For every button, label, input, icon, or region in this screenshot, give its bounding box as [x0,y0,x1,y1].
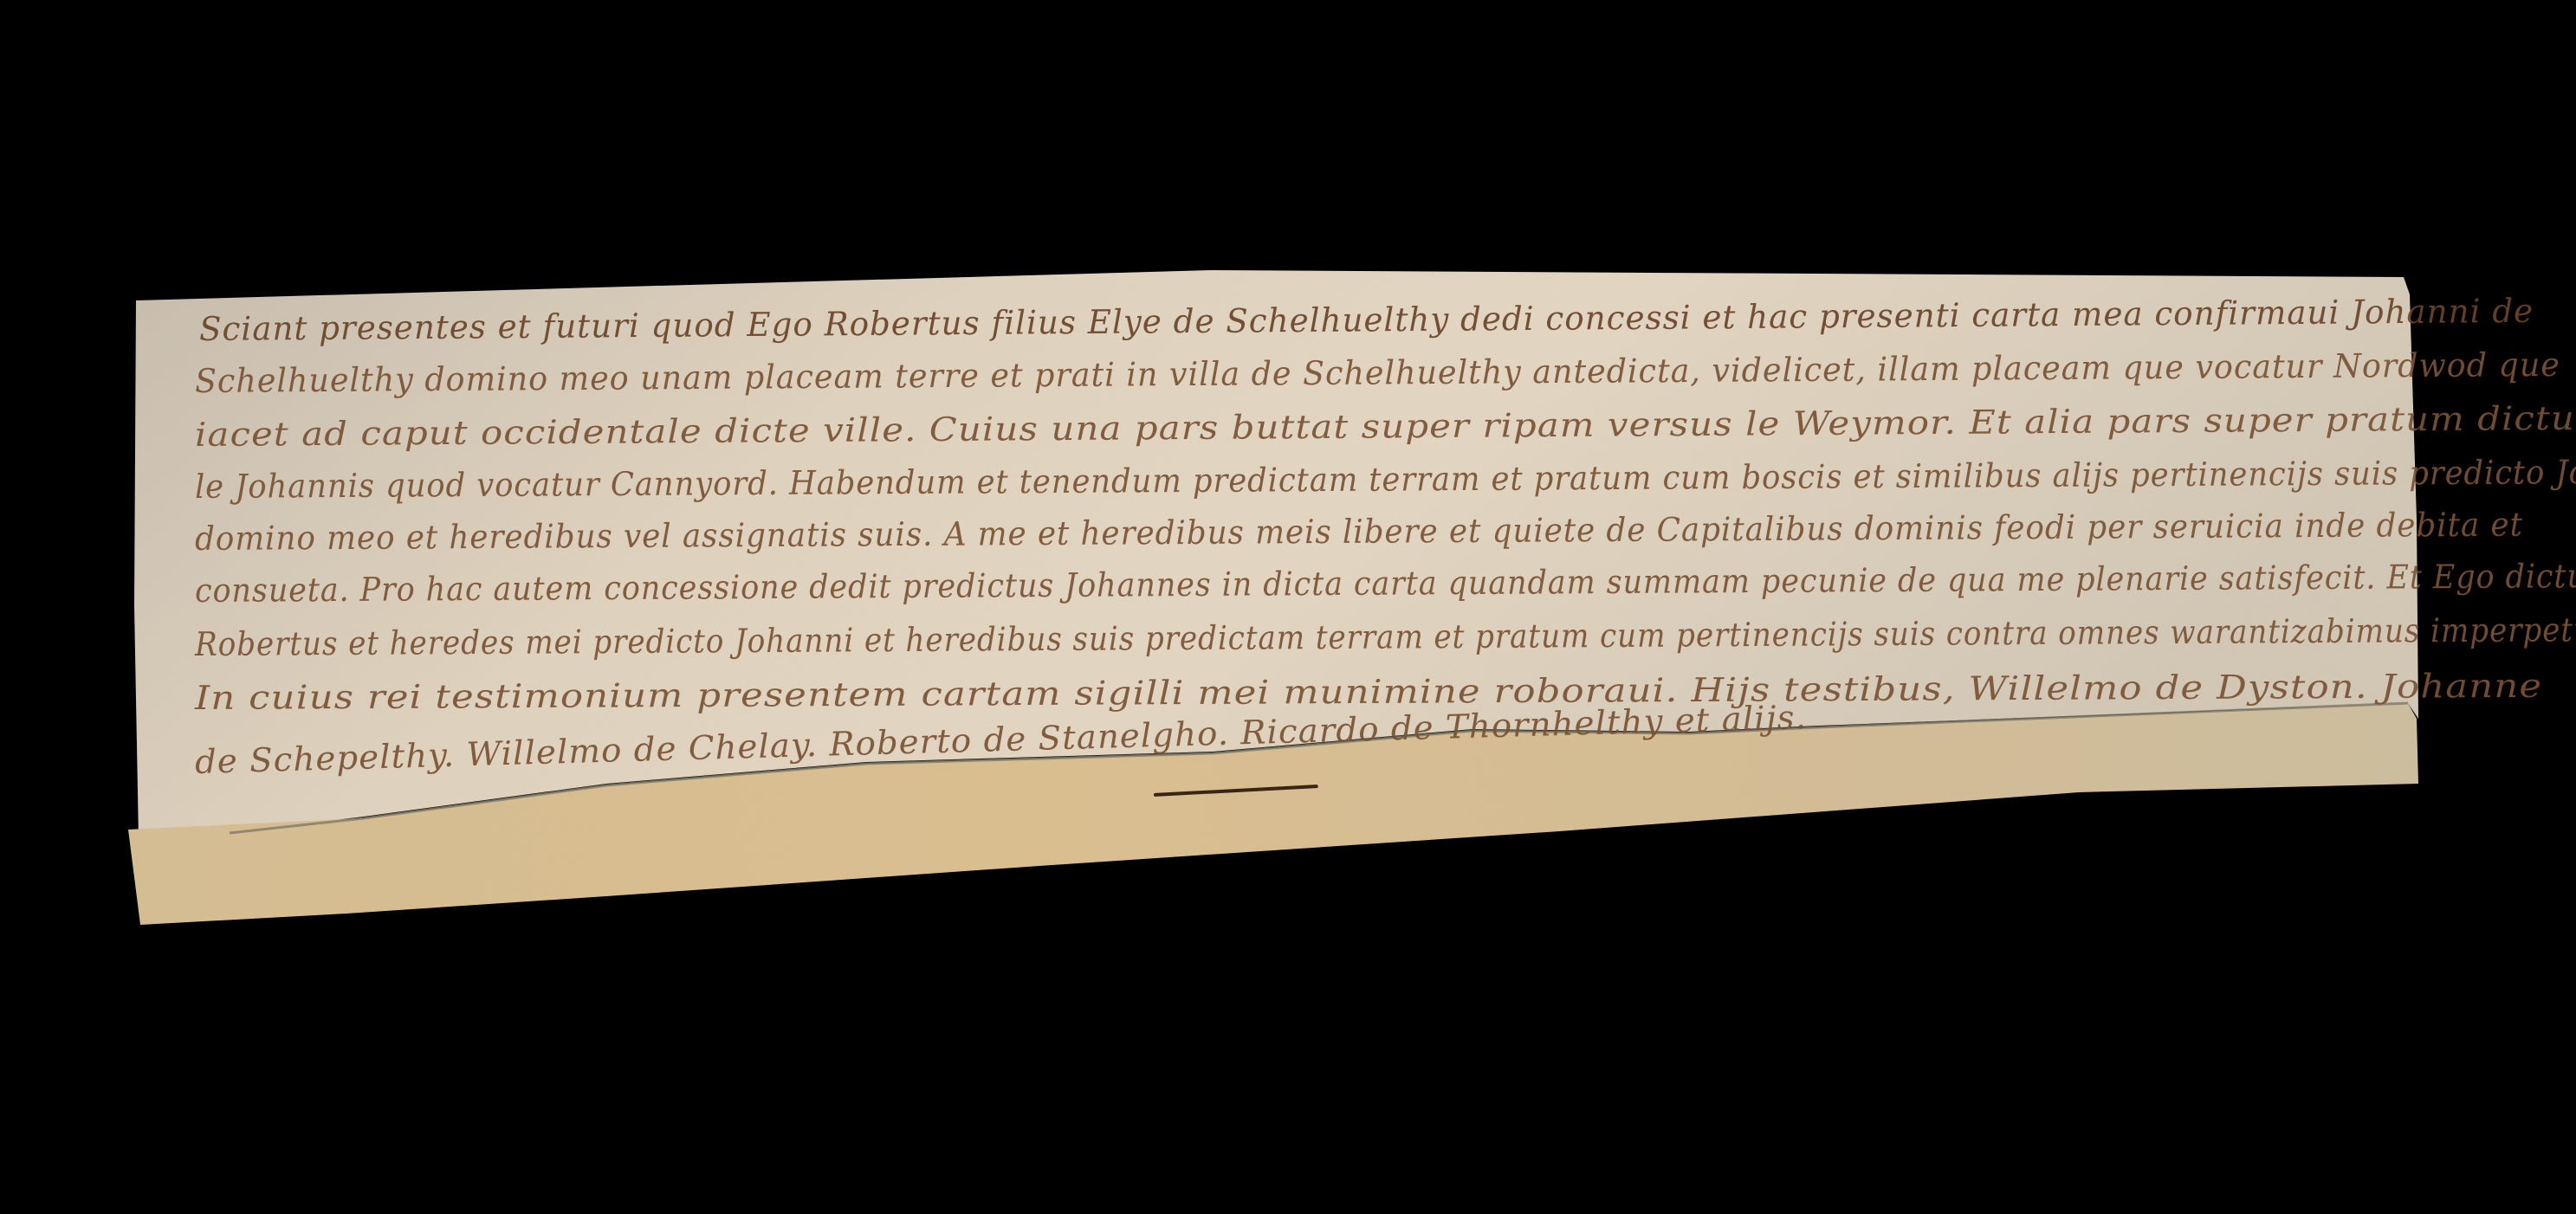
parchment-shape [0,0,2576,1214]
charter-parchment: Sciant presentes et futuri quod Ego Robe… [0,0,2576,1214]
photo-stage: Sciant presentes et futuri quod Ego Robe… [0,0,2576,1214]
